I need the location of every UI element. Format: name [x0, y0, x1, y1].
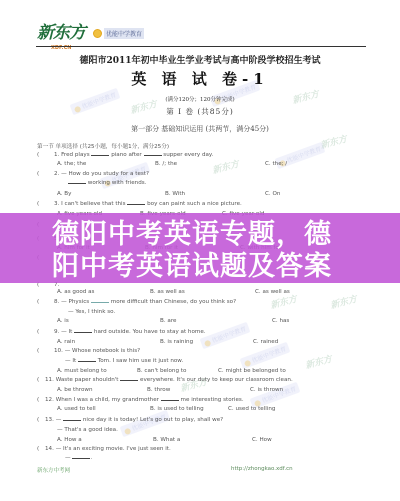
- option-b: B. as well as: [150, 289, 185, 295]
- answer-bracket: (: [37, 446, 39, 452]
- question-stem: 13. — nice day it is today! Let's go out…: [45, 417, 223, 423]
- question-stem: 11. Waste paper shouldn't everywhere. It…: [45, 377, 293, 383]
- xdf-logo: 新东方 XDF.CN: [37, 25, 85, 41]
- watermark-logo: 新东方: [304, 352, 333, 372]
- answer-blank: [127, 204, 145, 205]
- header-logos: 新东方 XDF.CN 优能中学教育: [37, 22, 144, 44]
- option-a: A. used to tell: [57, 406, 96, 412]
- answer-blank: [72, 458, 90, 459]
- watermark-logo: 新东方: [211, 157, 240, 177]
- question-stem: 1. Fred plays piano after supper every d…: [54, 152, 213, 158]
- answer-blank: [91, 155, 109, 156]
- question-reply: — Yes, I think so.: [68, 309, 115, 315]
- footer-site-name: 新东方中考网: [37, 466, 70, 474]
- question-stem: 2. — How do you study for a test?: [54, 171, 149, 177]
- answer-blank: [161, 400, 179, 401]
- option-b: B. What a: [153, 437, 180, 443]
- question-reply: — It Tom. I saw him use it just now.: [65, 358, 183, 364]
- question-reply: — .: [65, 455, 92, 461]
- question-stem: 14. — It's an exciting movie. I've just …: [45, 446, 171, 452]
- option-a: A. is: [57, 318, 69, 324]
- answer-bracket: (: [37, 152, 39, 158]
- option-a: A. must belong to: [57, 368, 107, 374]
- option-c: C. used to telling: [228, 406, 275, 412]
- answer-blank: [120, 380, 138, 381]
- option-b: B. can't belong to: [137, 368, 186, 374]
- option-c: C. the; /: [265, 161, 287, 167]
- option-b: B. throw: [147, 387, 170, 393]
- option-a: A. By: [57, 191, 71, 197]
- option-a: A. the; the: [57, 161, 86, 167]
- partner-logo-icon: [93, 29, 102, 38]
- answer-bracket: (: [37, 171, 39, 177]
- question-stem: 9. — It hard outside. You have to stay a…: [54, 329, 206, 335]
- answer-blank: [74, 332, 92, 333]
- answer-blank: [78, 361, 96, 362]
- watermark-logo: 新东方: [329, 292, 358, 312]
- answer-bracket: (: [37, 201, 39, 207]
- volume-heading: 第 I 卷 (共85分): [0, 106, 400, 117]
- answer-bracket: (: [37, 329, 39, 335]
- question-reply: working with friends.: [68, 180, 146, 186]
- partner-logo-text: 优能中学教育: [104, 28, 144, 39]
- answer-blank: [63, 420, 81, 421]
- option-b: B. is used to telling: [150, 406, 204, 412]
- option-a: A. as good as: [57, 289, 94, 295]
- option-c: C. as well as: [255, 289, 290, 295]
- answer-bracket: (: [37, 299, 39, 305]
- option-c: C. rained: [253, 339, 278, 345]
- paper-title: 英 语 试 卷-1: [0, 68, 400, 89]
- option-a: A. How a: [57, 437, 82, 443]
- answer-blank: [68, 183, 86, 184]
- option-b: B. are: [160, 318, 176, 324]
- option-c: C. might be belonged to: [218, 368, 286, 374]
- option-c: C. has: [272, 318, 289, 324]
- question-stem: 8. — Physics more difficult than Chinese…: [54, 299, 236, 305]
- watermark-partner: 优能中学教育: [120, 410, 171, 437]
- header-divider: [36, 46, 366, 47]
- answer-blank: [91, 302, 109, 303]
- banner-title-line-2: 阳中考英语试题及答案: [52, 252, 362, 282]
- answer-bracket: (: [37, 377, 39, 383]
- option-c: C. On: [265, 191, 280, 197]
- watermark-partner: 优能中学教育: [240, 342, 291, 369]
- exam-page-image: 新东方 XDF.CN 优能中学教育 新东方 新东方 优能中学教育 优能中学教育 …: [0, 0, 400, 501]
- partner-logo: 优能中学教育: [93, 28, 144, 39]
- question-reply: — That's a good idea.: [57, 427, 118, 433]
- option-b: B. /; the: [155, 161, 177, 167]
- score-time-note: (满分120分；120分钟完成): [0, 95, 400, 103]
- option-c: C. is thrown: [250, 387, 283, 393]
- section-heading: 第一节 单项选择 (共25小题，每小题1分，满分25分): [37, 142, 169, 150]
- option-c: C. How: [252, 437, 272, 443]
- question-stem: 10. — Whose notebook is this?: [54, 348, 140, 354]
- part-heading: 第一部分 基础知识运用 (共两节，满分45分): [0, 124, 400, 134]
- answer-blank: [144, 155, 162, 156]
- exam-header-title: 德阳市2011年初中毕业生学业考试与高中阶段学校招生考试: [0, 53, 400, 66]
- banner-title-line-1: 德阳中考英语专题，德: [52, 220, 362, 250]
- option-b: B. With: [165, 191, 185, 197]
- footer-url: http://zhongkao.xdf.cn: [231, 466, 293, 472]
- answer-bracket: (: [37, 417, 39, 423]
- answer-bracket: (: [37, 397, 39, 403]
- answer-bracket: (: [37, 348, 39, 354]
- question-stem: 12. When I was a child, my grandmother m…: [45, 397, 244, 403]
- option-a: A. be thrown: [57, 387, 93, 393]
- question-stem: 3. I can't believe that this boy can pai…: [54, 201, 242, 207]
- watermark-partner: 优能中学教育: [200, 322, 251, 349]
- option-a: A. rain: [57, 339, 75, 345]
- option-b: B. is raining: [160, 339, 193, 345]
